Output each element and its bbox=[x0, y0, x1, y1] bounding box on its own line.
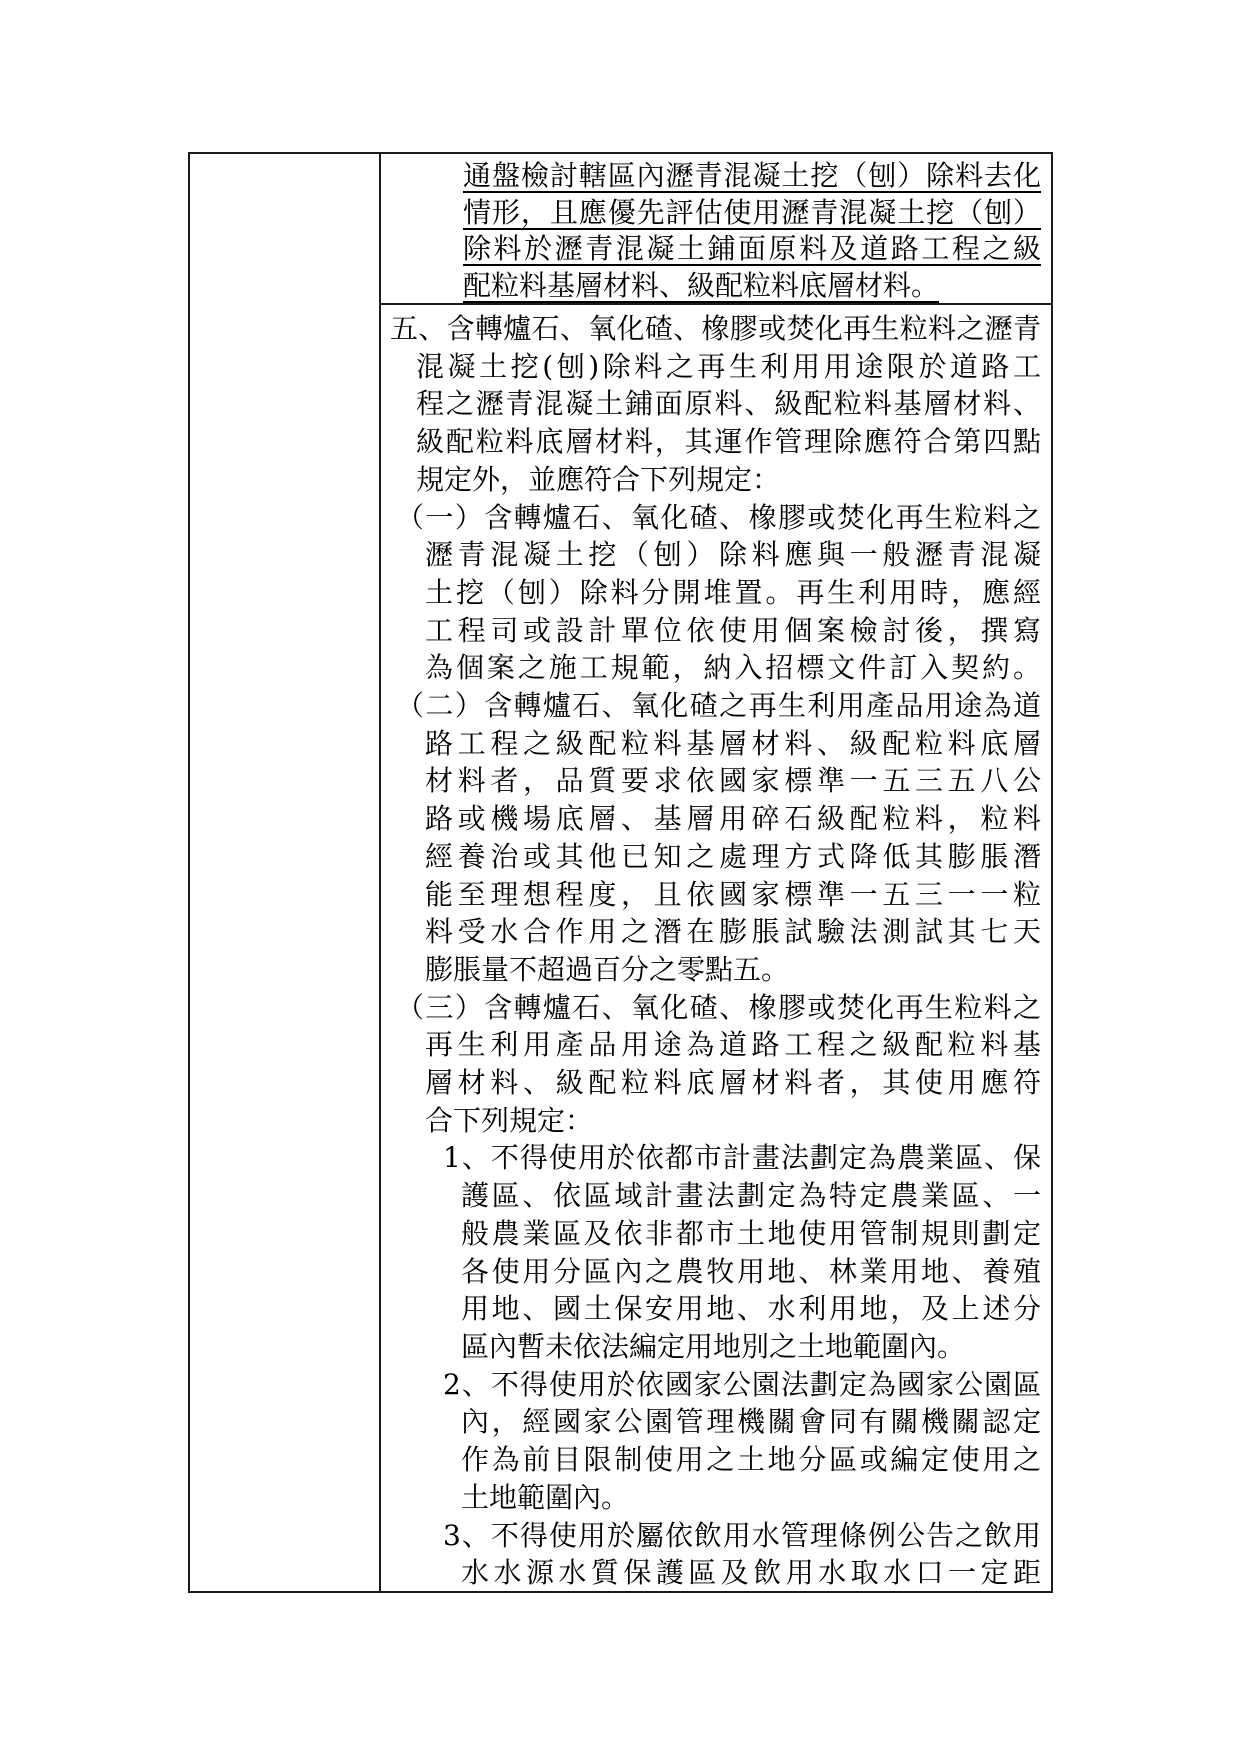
text-line: 用地、國土保安用地、水利用地，及上述分 bbox=[381, 1290, 1051, 1328]
text-line: 除料於瀝青混凝土鋪面原料及道路工程之級 bbox=[381, 231, 1051, 268]
text-line: （二）含轉爐石、氧化碴之再生利用產品用途為道 bbox=[381, 687, 1051, 725]
text-line: 能至理想程度，且依國家標準一五三一一粒 bbox=[381, 876, 1051, 914]
text-line: 層材料、級配粒料底層材料者，其使用應符 bbox=[381, 1064, 1051, 1102]
right-column: 通盤檢討轄區內瀝青混凝土挖（刨）除料去化情形，且應優先評估使用瀝青混凝土挖（刨）… bbox=[381, 154, 1051, 1591]
text-line: 3、不得使用於屬依飲用水管理條例公告之飲用 bbox=[381, 1517, 1051, 1555]
text-line: 合下列規定： bbox=[381, 1102, 1051, 1140]
text-line: 配粒料基層材料、級配粒料底層材料。 bbox=[381, 268, 1051, 305]
page: { "document": { "background": "#ffffff",… bbox=[0, 0, 1241, 1755]
text-line: 級配粒料底層材料，其運作管理除應符合第四點 bbox=[381, 423, 1051, 461]
text-line: 路或機場底層、基層用碎石級配粒料，粒料 bbox=[381, 800, 1051, 838]
left-column-cell bbox=[190, 154, 381, 1591]
text-line: （三）含轉爐石、氧化碴、橡膠或焚化再生粒料之 bbox=[381, 989, 1051, 1027]
text-line: 料受水合作用之潛在膨脹試驗法測試其七天 bbox=[381, 913, 1051, 951]
text-line: 水水源水質保護區及飲用水取水口一定距 bbox=[381, 1554, 1051, 1591]
text-line: 瀝青混凝土挖（刨）除料應與一般瀝青混凝 bbox=[381, 536, 1051, 574]
text-line: 1、不得使用於依都市計畫法劃定為農業區、保 bbox=[381, 1139, 1051, 1177]
text-line: 通盤檢討轄區內瀝青混凝土挖（刨）除料去化 bbox=[381, 158, 1051, 195]
text-line: 區內暫未依法編定用地別之土地範圍內。 bbox=[381, 1328, 1051, 1366]
text-line: 五、含轉爐石、氧化碴、橡膠或焚化再生粒料之瀝青 bbox=[381, 310, 1051, 348]
text-line: 再生利用產品用途為道路工程之級配粒料基 bbox=[381, 1026, 1051, 1064]
text-line: 護區、依區域計畫法劃定為特定農業區、一 bbox=[381, 1177, 1051, 1215]
text-line: 材料者，品質要求依國家標準一五三五八公 bbox=[381, 762, 1051, 800]
text-line: 內，經國家公園管理機關會同有關機關認定 bbox=[381, 1403, 1051, 1441]
text-line: 為個案之施工規範，納入招標文件訂入契約。 bbox=[381, 649, 1051, 687]
text-line: 情形，且應優先評估使用瀝青混凝土挖（刨） bbox=[381, 195, 1051, 232]
document-table: 通盤檢討轄區內瀝青混凝土挖（刨）除料去化情形，且應優先評估使用瀝青混凝土挖（刨）… bbox=[188, 152, 1053, 1593]
text-line: 各使用分區內之農牧用地、林業用地、養殖 bbox=[381, 1253, 1051, 1291]
row-item-five-cell: 五、含轉爐石、氧化碴、橡膠或焚化再生粒料之瀝青混凝土挖(刨)除料之再生利用用途限… bbox=[381, 305, 1051, 1591]
text-line: 作為前目限制使用之土地分區或編定使用之 bbox=[381, 1441, 1051, 1479]
text-line: 路工程之級配粒料基層材料、級配粒料底層 bbox=[381, 725, 1051, 763]
text-line: 規定外，並應符合下列規定： bbox=[381, 461, 1051, 499]
text-line: 2、不得使用於依國家公園法劃定為國家公園區 bbox=[381, 1366, 1051, 1404]
text-line: 土地範圍內。 bbox=[381, 1479, 1051, 1517]
text-line: 混凝土挖(刨)除料之再生利用用途限於道路工 bbox=[381, 348, 1051, 386]
row-continuation-underlined-cell: 通盤檢討轄區內瀝青混凝土挖（刨）除料去化情形，且應優先評估使用瀝青混凝土挖（刨）… bbox=[381, 154, 1051, 305]
text-line: 膨脹量不超過百分之零點五。 bbox=[381, 951, 1051, 989]
text-line: 工程司或設計單位依使用個案檢討後，撰寫 bbox=[381, 612, 1051, 650]
text-line: 經養治或其他已知之處理方式降低其膨脹潛 bbox=[381, 838, 1051, 876]
text-line: 程之瀝青混凝土鋪面原料、級配粒料基層材料、 bbox=[381, 385, 1051, 423]
text-line: 般農業區及依非都市土地使用管制規則劃定 bbox=[381, 1215, 1051, 1253]
text-line: 土挖（刨）除料分開堆置。再生利用時，應經 bbox=[381, 574, 1051, 612]
text-line: （一）含轉爐石、氧化碴、橡膠或焚化再生粒料之 bbox=[381, 499, 1051, 537]
